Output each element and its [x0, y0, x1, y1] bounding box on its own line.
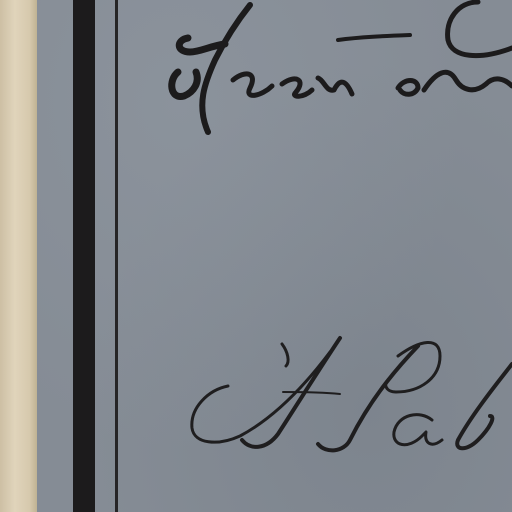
lower-handwriting [192, 338, 512, 450]
top-handwriting [172, 2, 512, 132]
handwriting-ink [0, 0, 512, 512]
document-photo: Граноры… Hab… [0, 0, 512, 512]
